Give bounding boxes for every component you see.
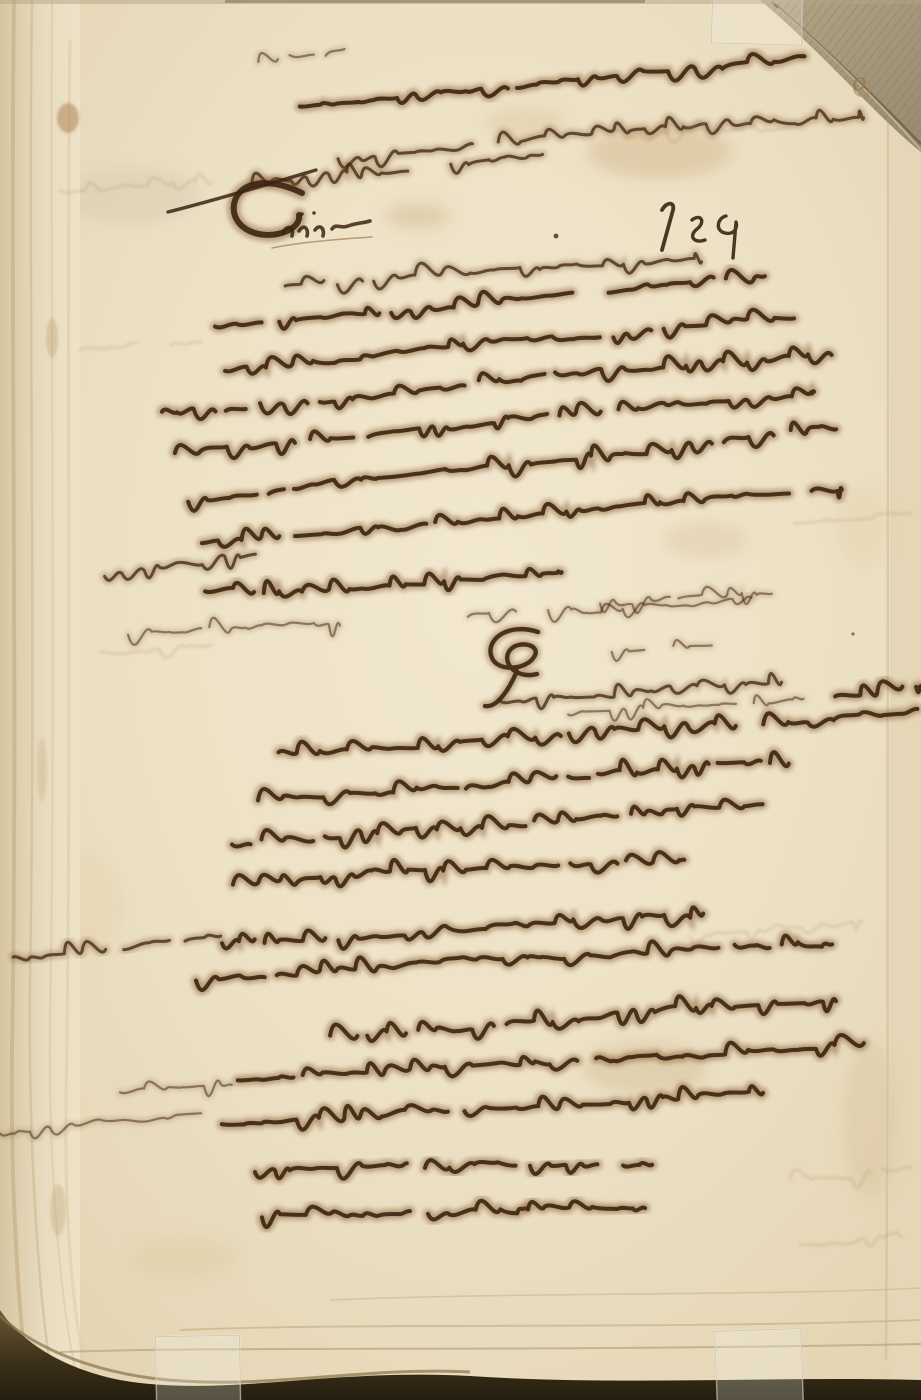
adhesive-tape-bottom-left xyxy=(155,1335,240,1400)
manuscript-photo: o xyxy=(0,0,921,1400)
small-speck xyxy=(851,632,854,635)
adhesive-tape-top xyxy=(711,0,802,45)
adhesive-tape-bottom-right xyxy=(715,1328,804,1400)
manuscript-canvas xyxy=(0,0,921,1400)
spine-edge xyxy=(0,0,92,1400)
right-page-edge xyxy=(890,0,921,1400)
ink-dot xyxy=(554,234,559,239)
